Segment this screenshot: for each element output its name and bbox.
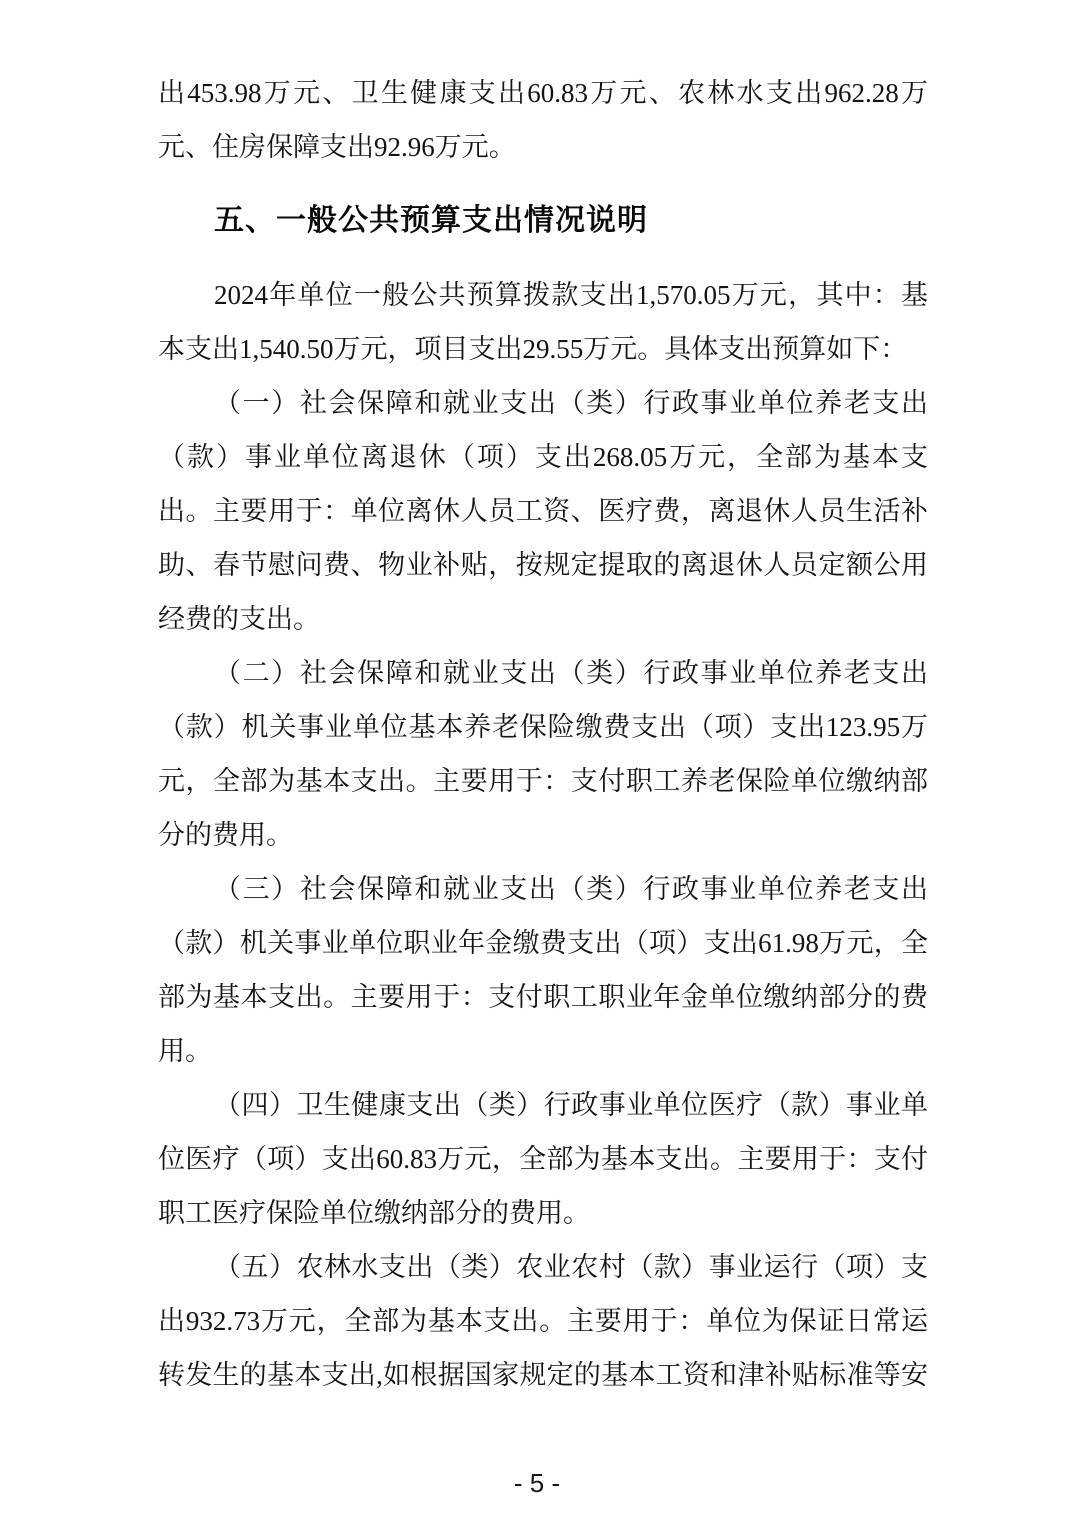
document-line: 元，全部为基本支出。主要用于：支付职工养老保险单位缴纳部 (158, 754, 928, 808)
document-line: 转发生的基本支出,如根据国家规定的基本工资和津补贴标准等安 (158, 1348, 928, 1402)
document-line: （一）社会保障和就业支出（类）行政事业单位养老支出 (158, 376, 928, 430)
document-body: 出453.98万元、卫生健康支出60.83万元、农林水支出962.28万元、住房… (158, 66, 928, 1402)
document-line: （款）机关事业单位职业年金缴费支出（项）支出61.98万元，全 (158, 916, 928, 970)
document-line: 出932.73万元，全部为基本支出。主要用于：单位为保证日常运 (158, 1294, 928, 1348)
section-heading: 五、一般公共预算支出情况说明 (158, 194, 928, 248)
document-line: 出。主要用于：单位离休人员工资、医疗费，离退休人员生活补 (158, 484, 928, 538)
document-line: 部为基本支出。主要用于：支付职工职业年金单位缴纳部分的费 (158, 970, 928, 1024)
document-line: （款）机关事业单位基本养老保险缴费支出（项）支出123.95万 (158, 700, 928, 754)
document-line: 出453.98万元、卫生健康支出60.83万元、农林水支出962.28万 (158, 66, 928, 120)
document-line: 本支出1,540.50万元，项目支出29.55万元。具体支出预算如下： (158, 322, 928, 376)
document-page: 出453.98万元、卫生健康支出60.83万元、农林水支出962.28万元、住房… (0, 0, 1074, 1520)
document-line: （四）卫生健康支出（类）行政事业单位医疗（款）事业单 (158, 1078, 928, 1132)
document-line: 用。 (158, 1024, 928, 1078)
document-line: （款）事业单位离退休（项）支出268.05万元，全部为基本支 (158, 430, 928, 484)
page-number: - 5 - (0, 1468, 1074, 1499)
document-line: （二）社会保障和就业支出（类）行政事业单位养老支出 (158, 646, 928, 700)
document-line: 职工医疗保险单位缴纳部分的费用。 (158, 1186, 928, 1240)
document-line: （三）社会保障和就业支出（类）行政事业单位养老支出 (158, 862, 928, 916)
document-line: 2024年单位一般公共预算拨款支出1,570.05万元，其中：基 (158, 268, 928, 322)
document-line: 分的费用。 (158, 808, 928, 862)
document-line: 助、春节慰问费、物业补贴，按规定提取的离退休人员定额公用 (158, 538, 928, 592)
document-line: 经费的支出。 (158, 592, 928, 646)
document-line: （五）农林水支出（类）农业农村（款）事业运行（项）支 (158, 1240, 928, 1294)
document-line: 元、住房保障支出92.96万元。 (158, 120, 928, 174)
document-line: 位医疗（项）支出60.83万元，全部为基本支出。主要用于：支付 (158, 1132, 928, 1186)
